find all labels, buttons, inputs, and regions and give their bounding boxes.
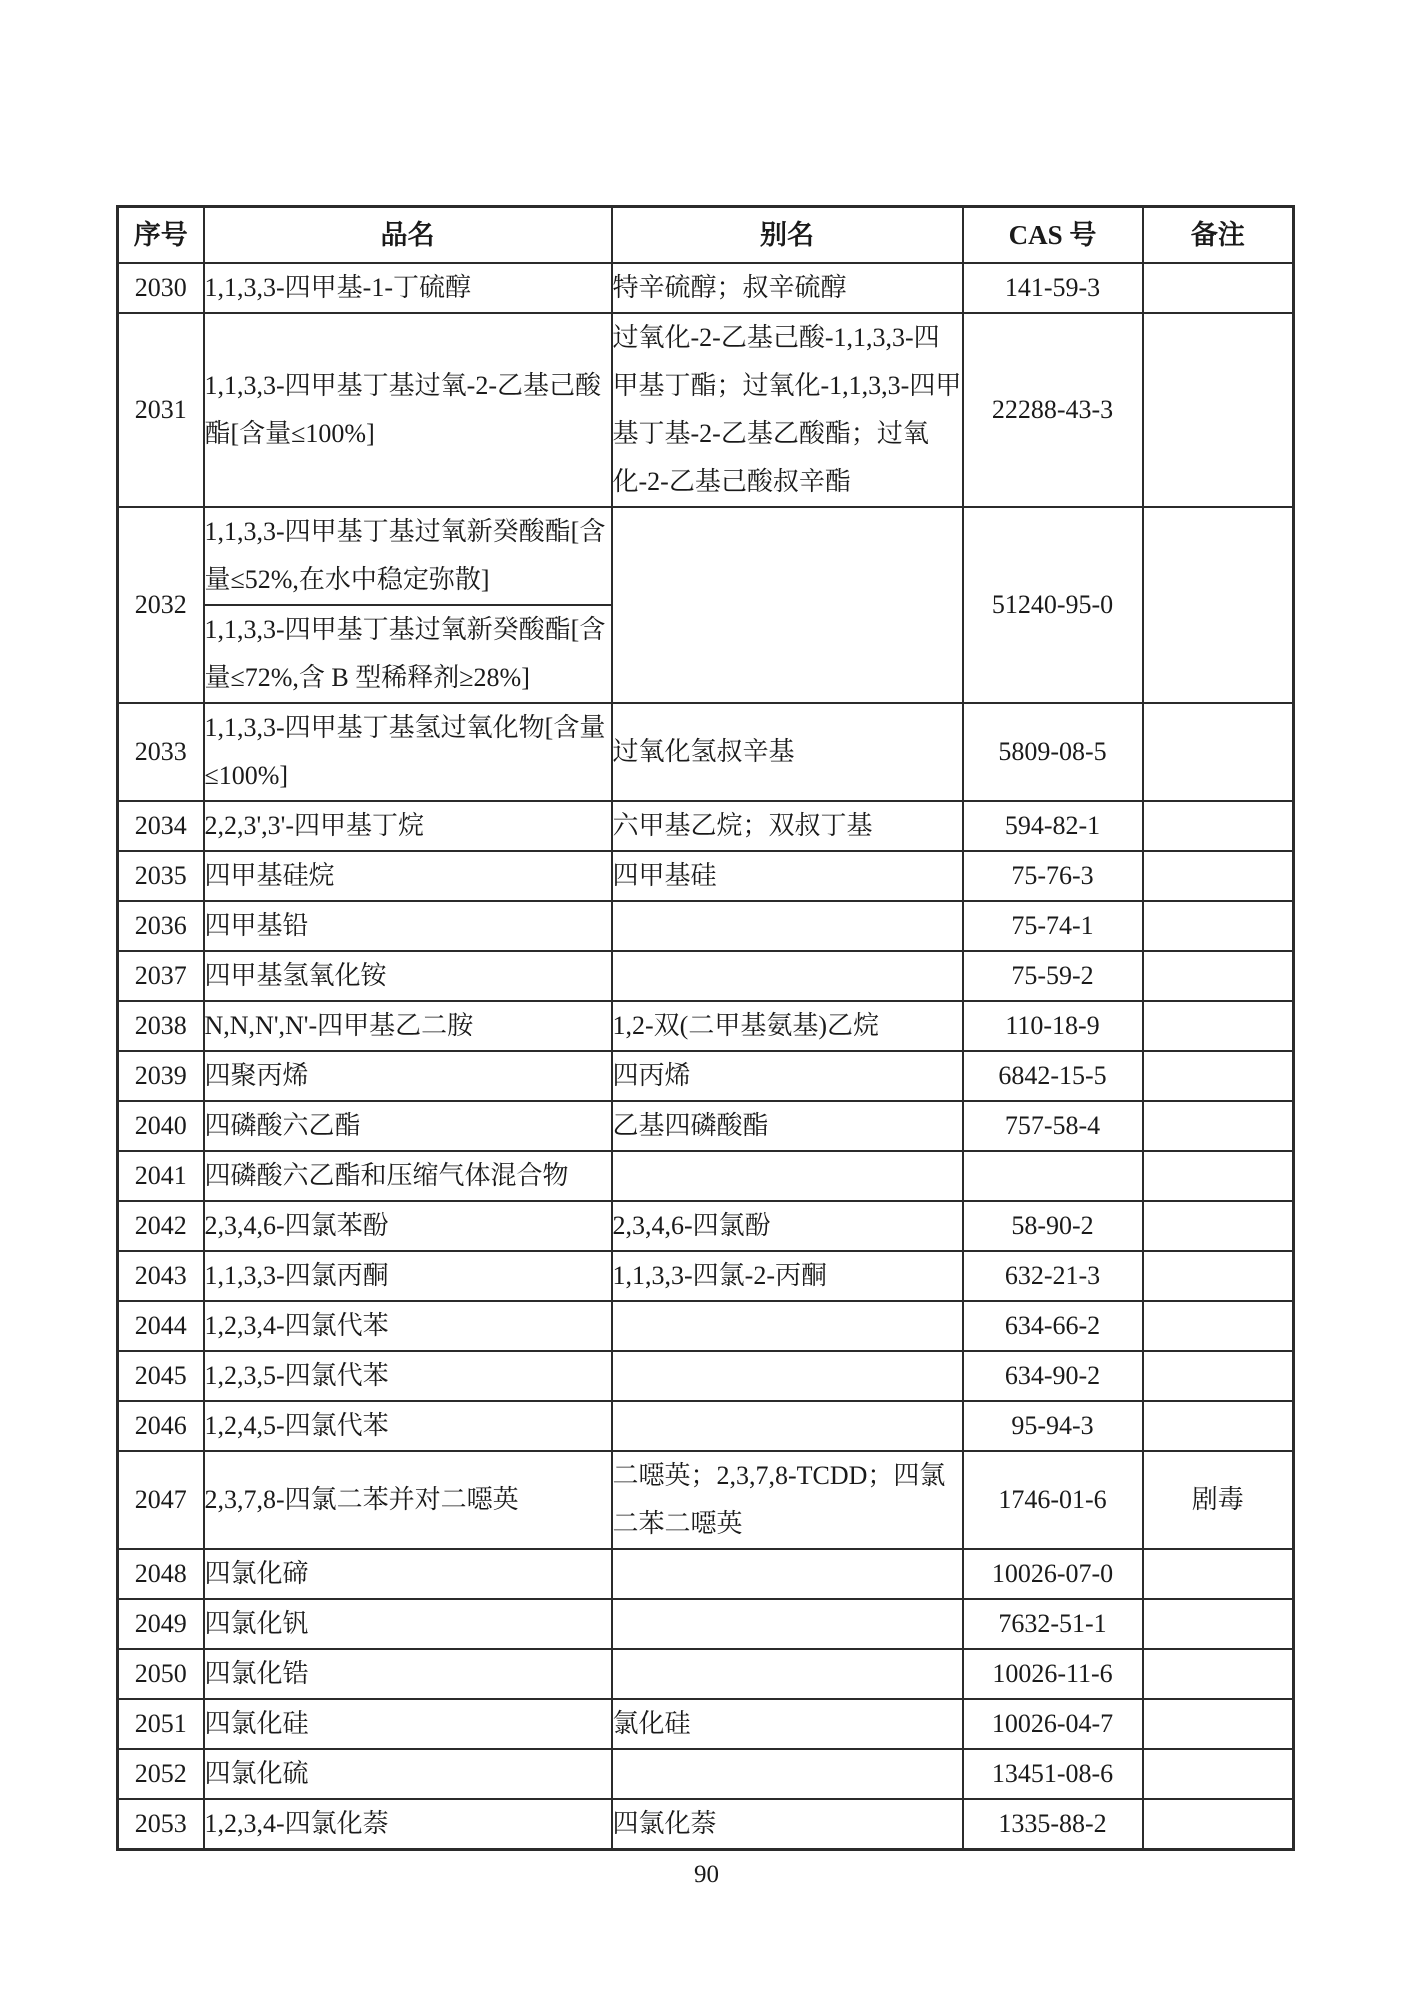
cell-serial: 2043 [118, 1251, 204, 1301]
table-row: 2036四甲基铅75-74-1 [118, 901, 1294, 951]
table-row: 20531,2,3,4-四氯化萘四氯化萘1335-88-2 [118, 1799, 1294, 1850]
table-row: 2040四磷酸六乙酯乙基四磷酸酯757-58-4 [118, 1101, 1294, 1151]
cell-serial: 2033 [118, 703, 204, 801]
table-row: 20342,2,3',3'-四甲基丁烷六甲基乙烷；双叔丁基594-82-1 [118, 801, 1294, 851]
table-row: 20431,1,3,3-四氯丙酮1,1,3,3-四氯-2-丙酮632-21-3 [118, 1251, 1294, 1301]
cell-name: 1,2,3,4-四氯代苯 [204, 1301, 612, 1351]
cell-alias: 四甲基硅 [612, 851, 963, 901]
cell-name: 1,1,3,3-四甲基丁基氢过氧化物[含量≤100%] [204, 703, 612, 801]
cell-cas: 110-18-9 [963, 1001, 1143, 1051]
cell-cas: 75-74-1 [963, 901, 1143, 951]
table-row: 2051四氯化硅氯化硅10026-04-7 [118, 1699, 1294, 1749]
table-row: 20331,1,3,3-四甲基丁基氢过氧化物[含量≤100%]过氧化氢叔辛基58… [118, 703, 1294, 801]
cell-alias [612, 1749, 963, 1799]
cell-cas: 594-82-1 [963, 801, 1143, 851]
cell-name: 1,1,3,3-四甲基丁基过氧-2-乙基己酸酯[含量≤100%] [204, 313, 612, 507]
cell-name: 2,3,7,8-四氯二苯并对二噁英 [204, 1451, 612, 1549]
table-row: 20451,2,3,5-四氯代苯634-90-2 [118, 1351, 1294, 1401]
header-remark: 备注 [1143, 207, 1294, 264]
cell-name: 1,2,3,5-四氯代苯 [204, 1351, 612, 1401]
cell-name: 四磷酸六乙酯 [204, 1101, 612, 1151]
cell-alias [612, 1301, 963, 1351]
cell-serial: 2036 [118, 901, 204, 951]
cell-name: 四甲基氢氧化铵 [204, 951, 612, 1001]
cell-remark [1143, 1699, 1294, 1749]
cell-alias [612, 1549, 963, 1599]
cell-alias [612, 1649, 963, 1699]
cell-name: 1,2,3,4-四氯化萘 [204, 1799, 612, 1850]
cell-remark [1143, 1051, 1294, 1101]
cell-serial: 2034 [118, 801, 204, 851]
cell-remark [1143, 313, 1294, 507]
cell-cas: 632-21-3 [963, 1251, 1143, 1301]
cell-alias: 二噁英；2,3,7,8-TCDD；四氯二苯二噁英 [612, 1451, 963, 1549]
cell-remark [1143, 1001, 1294, 1051]
cell-cas: 13451-08-6 [963, 1749, 1143, 1799]
cell-name: 四氯化钒 [204, 1599, 612, 1649]
cell-alias [612, 1599, 963, 1649]
cell-serial: 2045 [118, 1351, 204, 1401]
cell-serial: 2044 [118, 1301, 204, 1351]
cell-alias: 六甲基乙烷；双叔丁基 [612, 801, 963, 851]
header-name: 品名 [204, 207, 612, 264]
cell-remark [1143, 1549, 1294, 1599]
cell-serial: 2051 [118, 1699, 204, 1749]
cell-alias: 四丙烯 [612, 1051, 963, 1101]
cell-serial: 2049 [118, 1599, 204, 1649]
cell-serial: 2035 [118, 851, 204, 901]
cell-remark [1143, 1301, 1294, 1351]
table-header: 序号 品名 别名 CAS 号 备注 [118, 207, 1294, 264]
header-serial: 序号 [118, 207, 204, 264]
cell-cas: 10026-04-7 [963, 1699, 1143, 1749]
cell-name: 四甲基铅 [204, 901, 612, 951]
cell-remark [1143, 951, 1294, 1001]
cell-alias [612, 1351, 963, 1401]
table-row: 20311,1,3,3-四甲基丁基过氧-2-乙基己酸酯[含量≤100%]过氧化-… [118, 313, 1294, 507]
table-row: 2048四氯化碲10026-07-0 [118, 1549, 1294, 1599]
cell-cas: 58-90-2 [963, 1201, 1143, 1251]
cell-name: 四氯化碲 [204, 1549, 612, 1599]
table-row: 20422,3,4,6-四氯苯酚2,3,4,6-四氯酚58-90-2 [118, 1201, 1294, 1251]
cell-name: 四氯化硅 [204, 1699, 612, 1749]
cell-alias [612, 1401, 963, 1451]
header-cas: CAS 号 [963, 207, 1143, 264]
cell-serial: 2046 [118, 1401, 204, 1451]
cell-cas: 1746-01-6 [963, 1451, 1143, 1549]
cell-remark [1143, 263, 1294, 313]
cell-cas: 75-76-3 [963, 851, 1143, 901]
cell-alias [612, 951, 963, 1001]
cell-serial: 2050 [118, 1649, 204, 1699]
cell-serial: 2040 [118, 1101, 204, 1151]
cell-cas: 10026-07-0 [963, 1549, 1143, 1599]
cell-name: 2,2,3',3'-四甲基丁烷 [204, 801, 612, 851]
document-page: 序号 品名 别名 CAS 号 备注 20301,1,3,3-四甲基-1-丁硫醇特… [0, 0, 1413, 2000]
cell-name: 1,1,3,3-四甲基丁基过氧新癸酸酯[含量≤72%,含 B 型稀释剂≥28%] [204, 605, 612, 703]
cell-alias: 过氧化氢叔辛基 [612, 703, 963, 801]
cell-alias: 四氯化萘 [612, 1799, 963, 1850]
cell-cas: 1335-88-2 [963, 1799, 1143, 1850]
cell-alias: 特辛硫醇；叔辛硫醇 [612, 263, 963, 313]
cell-remark [1143, 1101, 1294, 1151]
cell-name: 四磷酸六乙酯和压缩气体混合物 [204, 1151, 612, 1201]
cell-cas: 6842-15-5 [963, 1051, 1143, 1101]
cell-remark: 剧毒 [1143, 1451, 1294, 1549]
cell-alias: 2,3,4,6-四氯酚 [612, 1201, 963, 1251]
cell-name: 四氯化锆 [204, 1649, 612, 1699]
cell-name: 1,1,3,3-四氯丙酮 [204, 1251, 612, 1301]
cell-serial: 2041 [118, 1151, 204, 1201]
cell-name: 四聚丙烯 [204, 1051, 612, 1101]
table-row: 2041四磷酸六乙酯和压缩气体混合物 [118, 1151, 1294, 1201]
table-row: 2052四氯化硫13451-08-6 [118, 1749, 1294, 1799]
header-row: 序号 品名 别名 CAS 号 备注 [118, 207, 1294, 264]
cell-remark [1143, 1251, 1294, 1301]
cell-name: 2,3,4,6-四氯苯酚 [204, 1201, 612, 1251]
cell-serial: 2039 [118, 1051, 204, 1101]
table-body: 20301,1,3,3-四甲基-1-丁硫醇特辛硫醇；叔辛硫醇141-59-320… [118, 263, 1294, 1850]
cell-remark [1143, 1351, 1294, 1401]
cell-remark [1143, 507, 1294, 703]
cell-cas: 10026-11-6 [963, 1649, 1143, 1699]
cell-serial: 2047 [118, 1451, 204, 1549]
table-row: 20321,1,3,3-四甲基丁基过氧新癸酸酯[含量≤52%,在水中稳定弥散]5… [118, 507, 1294, 605]
table-row: 2035四甲基硅烷四甲基硅75-76-3 [118, 851, 1294, 901]
cell-alias: 1,2-双(二甲基氨基)乙烷 [612, 1001, 963, 1051]
table-row: 20301,1,3,3-四甲基-1-丁硫醇特辛硫醇；叔辛硫醇141-59-3 [118, 263, 1294, 313]
table-row: 2050四氯化锆10026-11-6 [118, 1649, 1294, 1699]
cell-alias: 乙基四磷酸酯 [612, 1101, 963, 1151]
table-row: 2038N,N,N',N'-四甲基乙二胺1,2-双(二甲基氨基)乙烷110-18… [118, 1001, 1294, 1051]
cell-alias [612, 507, 963, 703]
cell-serial: 2042 [118, 1201, 204, 1251]
cell-remark [1143, 801, 1294, 851]
cell-alias: 1,1,3,3-四氯-2-丙酮 [612, 1251, 963, 1301]
cell-name: 1,2,4,5-四氯代苯 [204, 1401, 612, 1451]
cell-serial: 2030 [118, 263, 204, 313]
cell-remark [1143, 1649, 1294, 1699]
cell-alias [612, 1151, 963, 1201]
header-alias: 别名 [612, 207, 963, 264]
cell-cas: 51240-95-0 [963, 507, 1143, 703]
cell-remark [1143, 1151, 1294, 1201]
chemicals-table: 序号 品名 别名 CAS 号 备注 20301,1,3,3-四甲基-1-丁硫醇特… [116, 205, 1295, 1851]
cell-cas: 95-94-3 [963, 1401, 1143, 1451]
cell-cas: 757-58-4 [963, 1101, 1143, 1151]
cell-alias [612, 901, 963, 951]
cell-remark [1143, 1749, 1294, 1799]
cell-name: N,N,N',N'-四甲基乙二胺 [204, 1001, 612, 1051]
cell-cas: 5809-08-5 [963, 703, 1143, 801]
cell-alias: 过氧化-2-乙基己酸-1,1,3,3-四甲基丁酯；过氧化-1,1,3,3-四甲基… [612, 313, 963, 507]
cell-cas [963, 1151, 1143, 1201]
table-row: 20472,3,7,8-四氯二苯并对二噁英二噁英；2,3,7,8-TCDD；四氯… [118, 1451, 1294, 1549]
cell-remark [1143, 703, 1294, 801]
cell-cas: 7632-51-1 [963, 1599, 1143, 1649]
cell-serial: 2038 [118, 1001, 204, 1051]
cell-serial: 2032 [118, 507, 204, 703]
cell-remark [1143, 1799, 1294, 1850]
page-number: 90 [0, 1860, 1413, 1890]
cell-serial: 2052 [118, 1749, 204, 1799]
cell-remark [1143, 1599, 1294, 1649]
cell-name: 四甲基硅烷 [204, 851, 612, 901]
table-row: 2037四甲基氢氧化铵75-59-2 [118, 951, 1294, 1001]
cell-remark [1143, 1401, 1294, 1451]
table-row: 2049四氯化钒7632-51-1 [118, 1599, 1294, 1649]
cell-cas: 22288-43-3 [963, 313, 1143, 507]
cell-cas: 141-59-3 [963, 263, 1143, 313]
cell-name: 1,1,3,3-四甲基丁基过氧新癸酸酯[含量≤52%,在水中稳定弥散] [204, 507, 612, 605]
cell-cas: 634-90-2 [963, 1351, 1143, 1401]
cell-remark [1143, 851, 1294, 901]
cell-name: 四氯化硫 [204, 1749, 612, 1799]
cell-serial: 2037 [118, 951, 204, 1001]
cell-alias: 氯化硅 [612, 1699, 963, 1749]
cell-serial: 2031 [118, 313, 204, 507]
cell-serial: 2053 [118, 1799, 204, 1850]
cell-cas: 75-59-2 [963, 951, 1143, 1001]
cell-serial: 2048 [118, 1549, 204, 1599]
cell-name: 1,1,3,3-四甲基-1-丁硫醇 [204, 263, 612, 313]
table-row: 20441,2,3,4-四氯代苯634-66-2 [118, 1301, 1294, 1351]
cell-remark [1143, 1201, 1294, 1251]
cell-remark [1143, 901, 1294, 951]
table-row: 2039四聚丙烯四丙烯6842-15-5 [118, 1051, 1294, 1101]
cell-cas: 634-66-2 [963, 1301, 1143, 1351]
table-row: 20461,2,4,5-四氯代苯95-94-3 [118, 1401, 1294, 1451]
